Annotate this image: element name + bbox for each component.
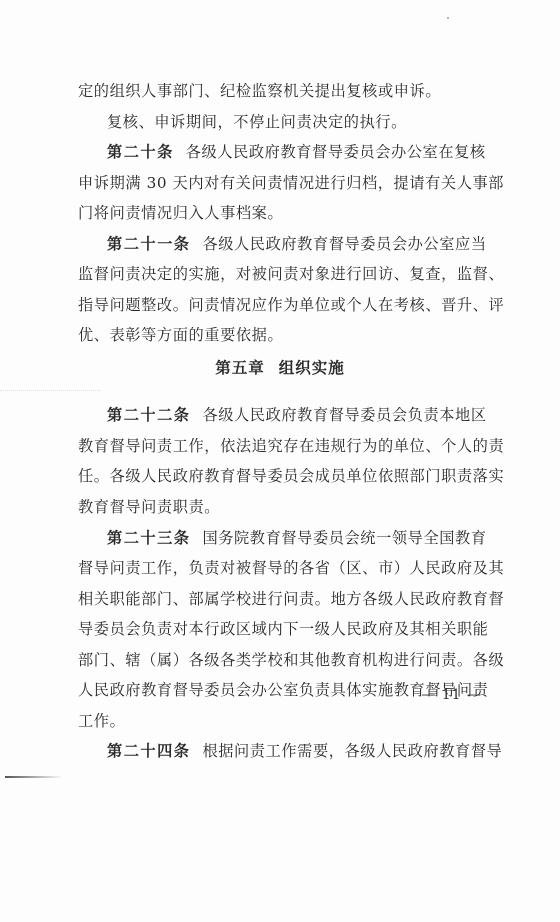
article-text: 各级人民政府教育督导委员会负责本地区 [202, 406, 486, 424]
paragraph-line: 督导问责工作，负责对被督导的各省（区、市）人民政府及其 [78, 558, 482, 578]
paragraph-line: 教育督导问责工作，依法追究存在违规行为的单位、个人的责 [78, 436, 482, 456]
article-24-first-line: 第二十四条根据问责工作需要，各级人民政府教育督导 [107, 741, 482, 761]
paragraph-line: 教育督导问责职责。 [78, 497, 482, 517]
article-number: 第二十二条 [107, 406, 190, 424]
article-text: 国务院教育督导委员会统一领导全国教育 [202, 529, 486, 547]
chapter-number: 第五章 [215, 359, 265, 377]
scan-artifact-line [0, 390, 100, 392]
paragraph-line: 监督问责决定的实施，对被问责对象进行回访、复查，监督、 [78, 264, 482, 284]
article-number: 第二十一条 [107, 235, 190, 253]
article-20-first-line: 第二十条各级人民政府教育督导委员会办公室在复核 [107, 142, 482, 162]
paragraph-line: 部门、辖（属）各级各类学校和其他教育机构进行问责。各级 [78, 650, 482, 670]
article-text: 根据问责工作需要，各级人民政府教育督导 [202, 742, 502, 760]
document-page: 定的组织人事部门、纪检监察机关提出复核或申诉。 复核、申诉期间，不停止问责决定的… [0, 0, 560, 922]
article-23-first-line: 第二十三条国务院教育督导委员会统一领导全国教育 [107, 528, 482, 548]
article-number: 第二十条 [107, 143, 174, 161]
article-number: 第二十三条 [107, 529, 190, 547]
paragraph-line: 门将问责情况归入人事档案。 [78, 203, 482, 223]
article-text: 各级人民政府教育督导委员会办公室应当 [202, 235, 486, 253]
paragraph-line: 指导问题整改。问责情况应作为单位或个人在考核、晋升、评 [78, 295, 482, 315]
article-text: 各级人民政府教育督导委员会办公室在复核 [186, 143, 486, 161]
paragraph-line: 任。各级人民政府教育督导委员会成员单位依照部门职责落实 [78, 466, 482, 486]
paragraph-line: 工作。 [78, 711, 482, 731]
scan-artifact-dot [447, 17, 449, 19]
chapter-title: 组织实施 [279, 359, 345, 377]
paragraph-line: 优、表彰等方面的重要依据。 [78, 325, 482, 345]
scan-artifact-mark [5, 776, 63, 778]
paragraph-line: 申诉期满 30 天内对有关问责情况进行归档，提请有关人事部 [78, 173, 482, 193]
paragraph-line: 相关职能部门、部属学校进行问责。地方各级人民政府教育督 [78, 589, 482, 609]
article-22-first-line: 第二十二条各级人民政府教育督导委员会负责本地区 [107, 405, 482, 425]
article-21-first-line: 第二十一条各级人民政府教育督导委员会办公室应当 [107, 234, 482, 254]
paragraph-line: 复核、申诉期间，不停止问责决定的执行。 [107, 112, 482, 132]
chapter-heading: 第五章组织实施 [0, 356, 560, 378]
paragraph-line: 定的组织人事部门、纪检监察机关提出复核或申诉。 [78, 81, 482, 101]
page-number: — 11 — [420, 687, 482, 703]
paragraph-line: 导委员会负责对本行政区域内下一级人民政府及其相关职能 [78, 619, 482, 639]
article-number: 第二十四条 [107, 742, 190, 760]
